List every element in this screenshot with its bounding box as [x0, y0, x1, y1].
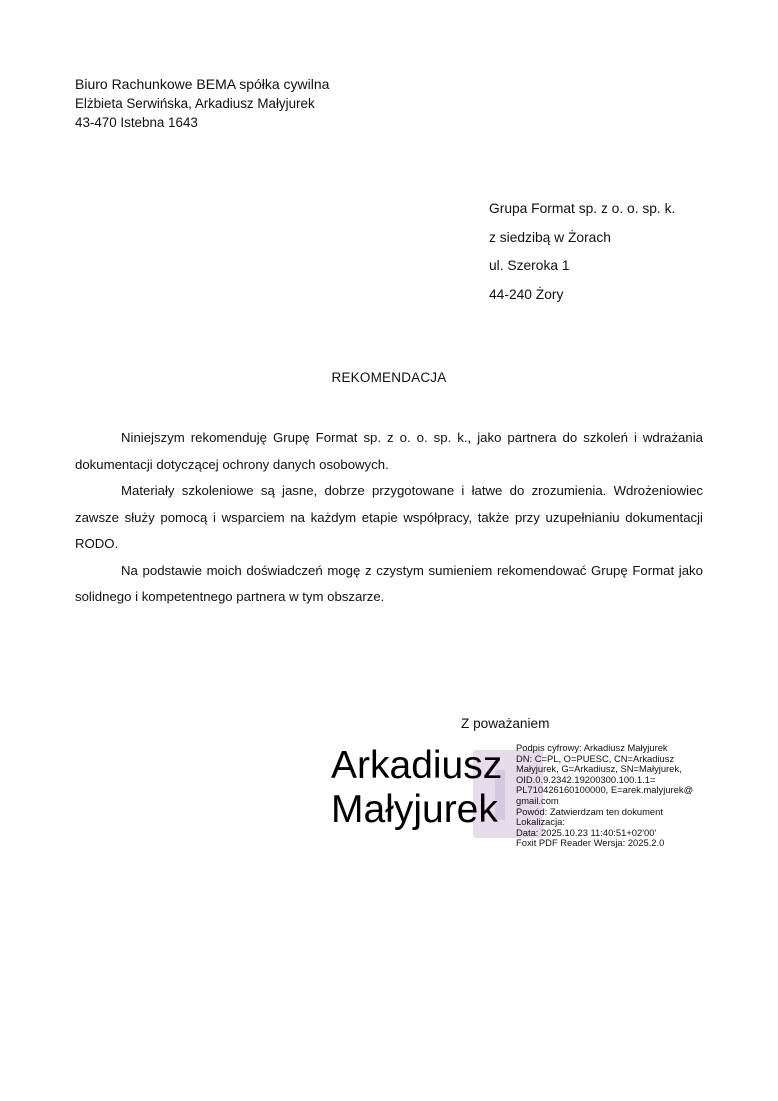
- letter-body: Niniejszym rekomenduję Grupę Format sp. …: [75, 425, 703, 611]
- signature-last-name: Małyjurek: [331, 788, 502, 832]
- sender-names: Elżbieta Serwińska, Arkadiusz Małyjurek: [75, 94, 329, 113]
- recipient-name: Grupa Format sp. z o. o. sp. k.: [489, 195, 675, 224]
- signature-first-name: Arkadiusz: [331, 744, 502, 788]
- document-title: REKOMENDACJA: [0, 370, 778, 385]
- recipient-seat: z siedzibą w Żorach: [489, 224, 675, 253]
- recipient-city: 44-240 Żory: [489, 281, 675, 310]
- paragraph-3: Na podstawie moich doświadczeń mogę z cz…: [75, 558, 703, 611]
- recipient-street: ul. Szeroka 1: [489, 252, 675, 281]
- signature-name[interactable]: Arkadiusz Małyjurek: [331, 744, 502, 832]
- signature-detail-line: gmail.com: [516, 796, 693, 807]
- closing-salutation: Z poważaniem: [461, 716, 549, 731]
- signature-detail-line: Podpis cyfrowy: Arkadiusz Małyjurek: [516, 743, 693, 754]
- sender-block: Biuro Rachunkowe BEMA spółka cywilna Elż…: [75, 75, 329, 132]
- paragraph-2: Materiały szkoleniowe są jasne, dobrze p…: [75, 478, 703, 558]
- sender-company: Biuro Rachunkowe BEMA spółka cywilna: [75, 75, 329, 94]
- recipient-block: Grupa Format sp. z o. o. sp. k. z siedzi…: [489, 195, 675, 309]
- signature-details[interactable]: Podpis cyfrowy: Arkadiusz Małyjurek DN: …: [516, 743, 693, 849]
- sender-address: 43-470 Istebna 1643: [75, 113, 329, 132]
- signature-detail-line: Foxit PDF Reader Wersja: 2025.2.0: [516, 838, 693, 849]
- paragraph-1: Niniejszym rekomenduję Grupę Format sp. …: [75, 425, 703, 478]
